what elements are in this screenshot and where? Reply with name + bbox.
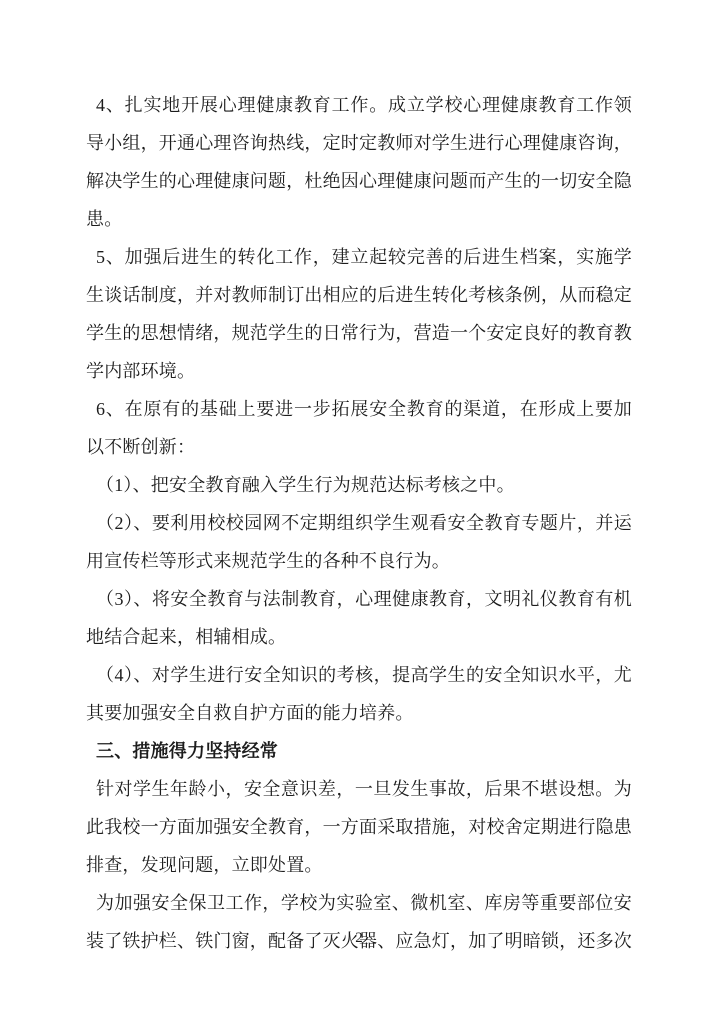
paragraph: 4、扎实地开展心理健康教育工作。成立学校心理健康教育工作领导小组，开通心理咨询热…	[86, 86, 632, 238]
document-body: 4、扎实地开展心理健康教育工作。成立学校心理健康教育工作领导小组，开通心理咨询热…	[86, 86, 632, 960]
page-footer: 2	[86, 928, 632, 948]
page-number: 2	[355, 930, 363, 946]
paragraph: 为加强安全保卫工作，学校为实验室、微机室、库房等重要部位安装了铁护栏、铁门窗，配…	[86, 884, 632, 960]
paragraph: （4）、对学生进行安全知识的考核，提高学生的安全知识水平，尤其要加强安全自救自护…	[86, 656, 632, 732]
paragraph: （3）、将安全教育与法制教育，心理健康教育，文明礼仪教育有机地结合起来，相辅相成…	[86, 580, 632, 656]
section-heading: 三、措施得力坚持经常	[86, 732, 632, 770]
paragraph: （2）、要利用校校园网不定期组织学生观看安全教育专题片，并运用宣传栏等形式来规范…	[86, 504, 632, 580]
document-page: 4、扎实地开展心理健康教育工作。成立学校心理健康教育工作领导小组，开通心理咨询热…	[0, 0, 721, 1020]
paragraph: 5、加强后进生的转化工作，建立起较完善的后进生档案，实施学生谈话制度，并对教师制…	[86, 238, 632, 390]
paragraph: 针对学生年龄小，安全意识差，一旦发生事故，后果不堪设想。为此我校一方面加强安全教…	[86, 770, 632, 884]
paragraph: （1）、把安全教育融入学生行为规范达标考核之中。	[86, 466, 632, 504]
paragraph: 6、在原有的基础上要进一步拓展安全教育的渠道，在形成上要加以不断创新：	[86, 390, 632, 466]
